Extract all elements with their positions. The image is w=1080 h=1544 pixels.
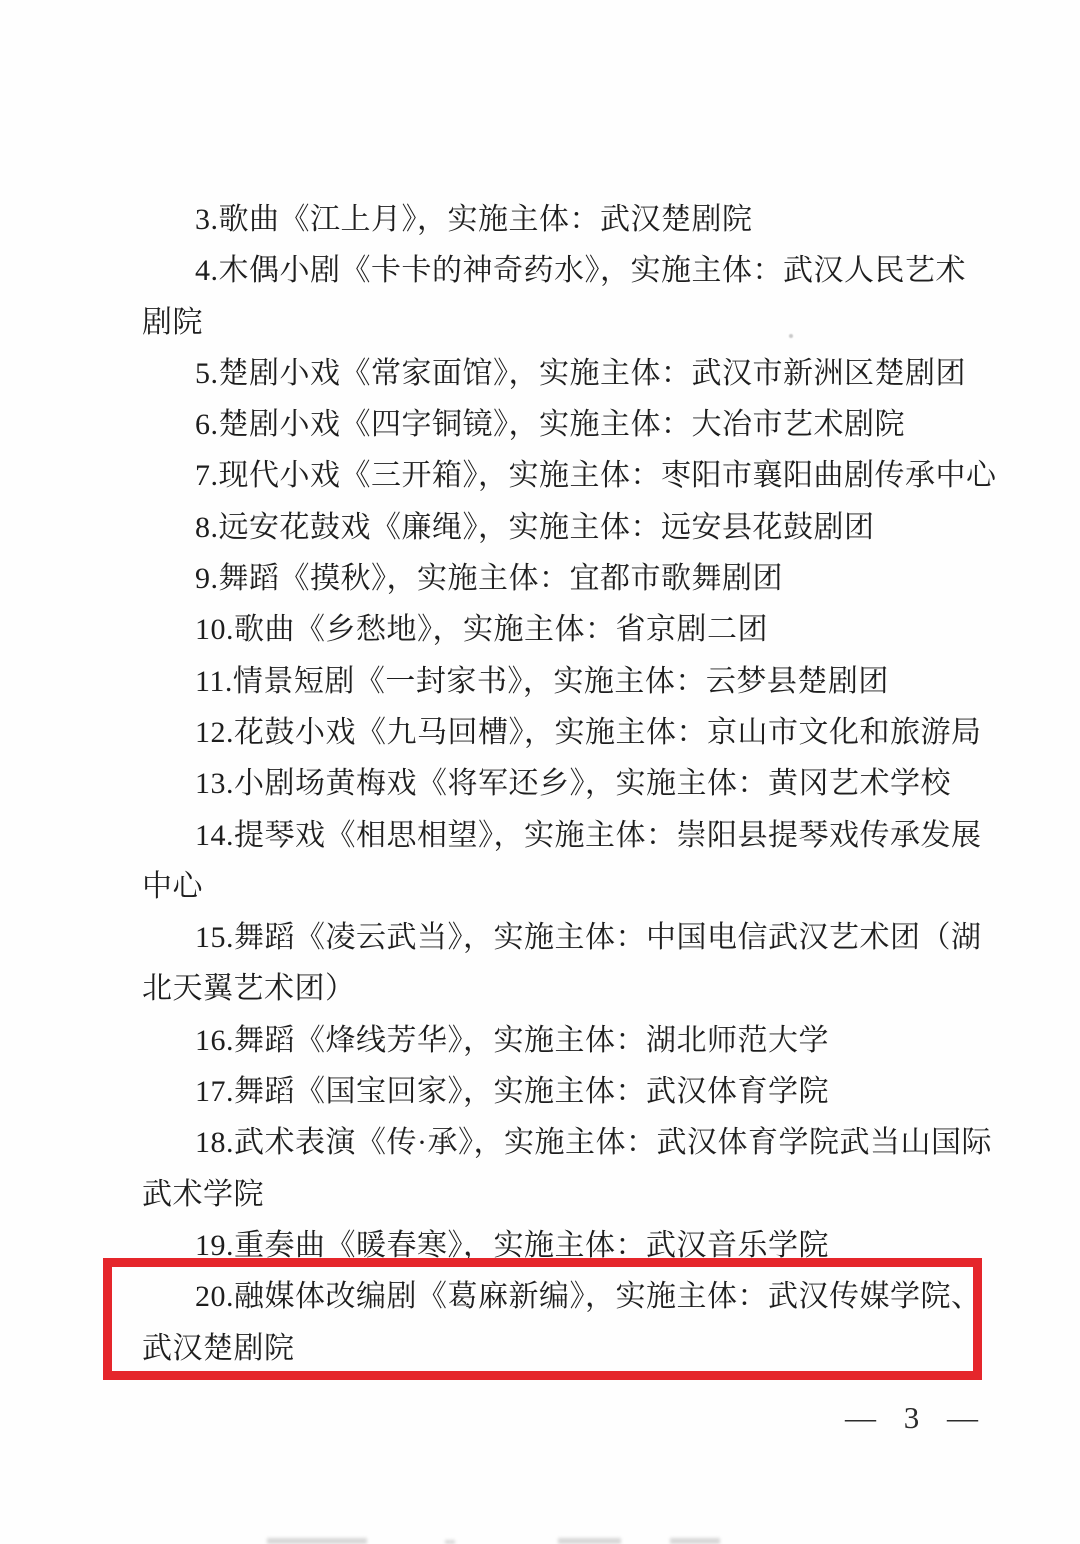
document-line: 3.歌曲《江上月》，实施主体：武汉楚剧院 [142,194,1002,245]
document-line: 11.情景短剧《一封家书》，实施主体：云梦县楚剧团 [142,656,1002,707]
document-line: 4.木偶小剧《卡卡的神奇药水》，实施主体：武汉人民艺术 [142,245,1002,296]
scan-artifact [558,1538,621,1544]
document-body: 3.歌曲《江上月》，实施主体：武汉楚剧院4.木偶小剧《卡卡的神奇药水》，实施主体… [142,194,1002,1374]
document-line: 14.提琴戏《相思相望》，实施主体：崇阳县提琴戏传承发展 [142,810,1002,861]
document-line: 16.舞蹈《烽线芳华》，实施主体：湖北师范大学 [142,1015,1002,1066]
document-line: 6.楚剧小戏《四字铜镜》，实施主体：大冶市艺术剧院 [142,399,1002,450]
document-line: 中心 [142,861,1002,912]
document-line: 19.重奏曲《暖春寒》，实施主体：武汉音乐学院 [142,1220,1002,1271]
document-line: 9.舞蹈《摸秋》，实施主体：宜都市歌舞剧团 [142,553,1002,604]
document-line: 20.融媒体改编剧《葛麻新编》，实施主体：武汉传媒学院、 [142,1271,1002,1322]
document-line: 17.舞蹈《国宝回家》，实施主体：武汉体育学院 [142,1066,1002,1117]
document-line: 5.楚剧小戏《常家面馆》，实施主体：武汉市新洲区楚剧团 [142,348,1002,399]
document-line: 武术学院 [142,1169,1002,1220]
document-line: 18.武术表演《传·承》，实施主体：武汉体育学院武当山国际 [142,1117,1002,1168]
document-page: 3.歌曲《江上月》，实施主体：武汉楚剧院4.木偶小剧《卡卡的神奇药水》，实施主体… [0,0,1080,1544]
document-line: 15.舞蹈《凌云武当》，实施主体：中国电信武汉艺术团（湖 [142,912,1002,963]
document-line: 12.花鼓小戏《九马回槽》，实施主体：京山市文化和旅游局 [142,707,1002,758]
document-line: 13.小剧场黄梅戏《将军还乡》，实施主体：黄冈艺术学校 [142,758,1002,809]
scan-artifact [445,1540,455,1544]
document-line: 北天翼艺术团） [142,963,1002,1014]
document-line: 8.远安花鼓戏《廉绳》，实施主体：远安县花鼓剧团 [142,502,1002,553]
scan-artifact-dot [789,334,793,338]
document-line: 7.现代小戏《三开箱》，实施主体：枣阳市襄阳曲剧传承中心 [142,450,1002,501]
document-line: 剧院 [142,297,1002,348]
document-line: 武汉楚剧院 [142,1323,1002,1374]
page-number: — 3 — [845,1400,980,1436]
document-line: 10.歌曲《乡愁地》，实施主体：省京剧二团 [142,604,1002,655]
scan-artifact [267,1538,367,1544]
scan-artifact [670,1538,720,1544]
